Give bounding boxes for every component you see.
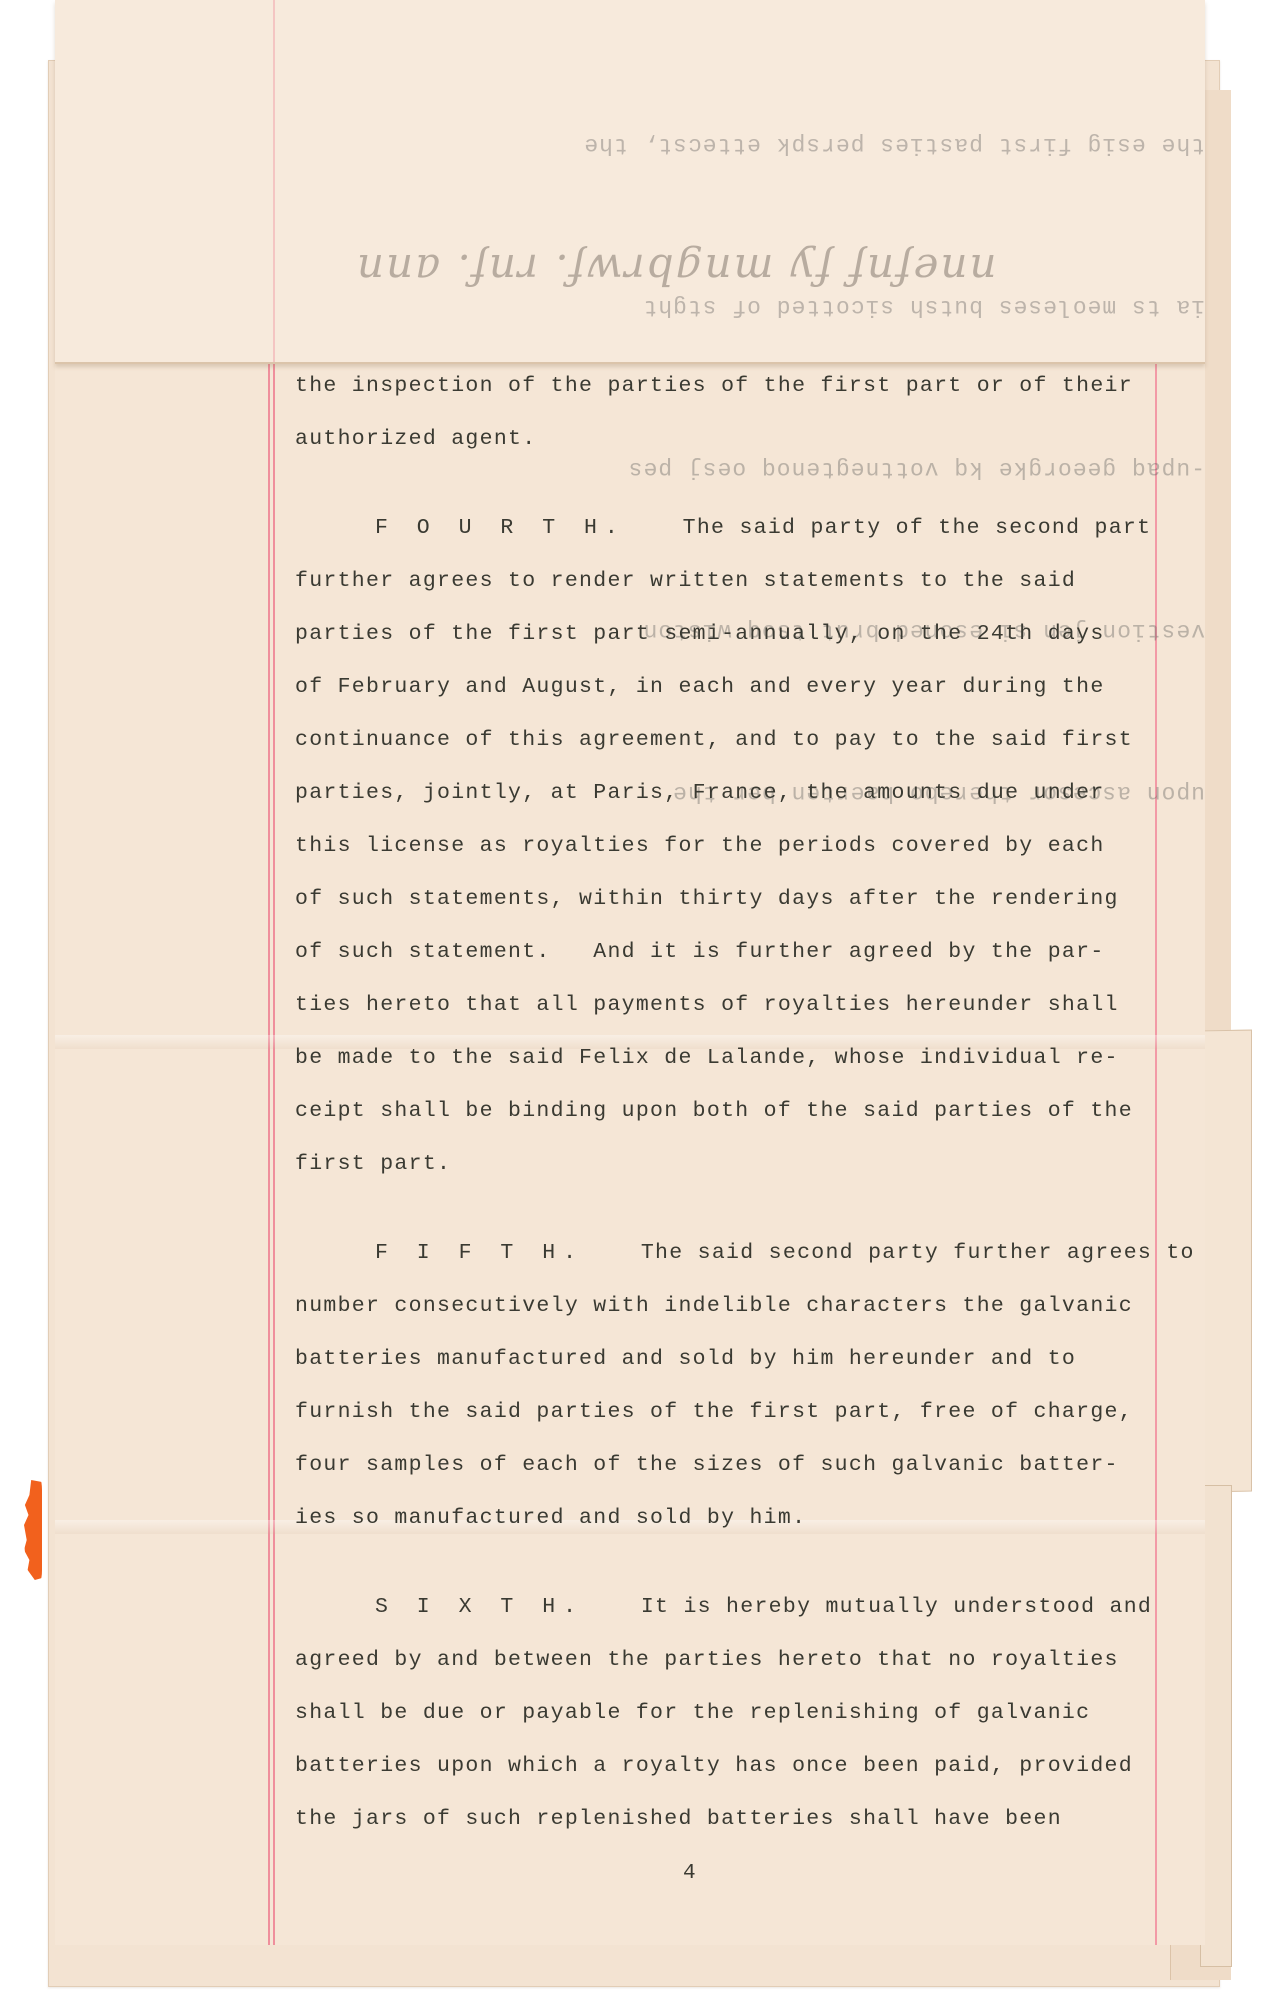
line-text: ceipt shall be binding upon both of the … <box>295 1099 1133 1123</box>
line-text: continuance of this agreement, and to pa… <box>295 728 1133 752</box>
line-text: batteries upon which a royalty has once … <box>295 1754 1133 1778</box>
section-heading: F O U R T H. <box>375 516 626 540</box>
text-line: shall be due or payable for the replenis… <box>295 1687 1155 1740</box>
text-line: the inspection of the parties of the fir… <box>295 360 1155 413</box>
text-line: first part. <box>295 1138 1155 1191</box>
line-text: first part. <box>295 1152 451 1176</box>
paragraph-gap <box>295 1191 1155 1227</box>
line-text: shall be due or payable for the replenis… <box>295 1701 1090 1725</box>
line-text: the inspection of the parties of the fir… <box>295 374 1133 398</box>
text-line: of such statement. And it is further agr… <box>295 926 1155 979</box>
line-text: The said second party further agrees to <box>584 1241 1195 1265</box>
text-line: parties, jointly, at Paris, France, the … <box>295 767 1155 820</box>
section-heading: F I F T H. <box>375 1241 584 1265</box>
text-line: batteries manufactured and sold by him h… <box>295 1333 1155 1386</box>
line-text: of such statement. And it is further agr… <box>295 940 1105 964</box>
line-text: furnish the said parties of the first pa… <box>295 1400 1133 1424</box>
section-heading: S I X T H. <box>375 1595 584 1619</box>
line-text: be made to the said Felix de Lalande, wh… <box>295 1046 1119 1070</box>
text-line: authorized agent. <box>295 413 1155 466</box>
section-heading-line: F I F T H. The said second party further… <box>295 1227 1155 1280</box>
line-text: agreed by and between the parties hereto… <box>295 1648 1119 1672</box>
red-wax-seal <box>24 1480 42 1580</box>
section-heading-line: S I X T H. It is hereby mutually underst… <box>295 1581 1155 1634</box>
line-text: authorized agent. <box>295 427 536 451</box>
text-line: furnish the said parties of the first pa… <box>295 1386 1155 1439</box>
line-text: batteries manufactured and sold by him h… <box>295 1347 1076 1371</box>
text-line: parties of the first part semi-annually,… <box>295 608 1155 661</box>
line-text: of February and August, in each and ever… <box>295 675 1105 699</box>
text-line: agreed by and between the parties hereto… <box>295 1634 1155 1687</box>
text-line: be made to the said Felix de Lalande, wh… <box>295 1032 1155 1085</box>
line-text: this license as royalties for the period… <box>295 834 1105 858</box>
paragraph-gap <box>295 466 1155 502</box>
line-text: It is hereby mutually understood and <box>584 1595 1152 1619</box>
text-line: further agrees to render written stateme… <box>295 555 1155 608</box>
mirrored-line: the esig first pasties perspk ettecst, t… <box>345 118 1205 172</box>
text-line: of such statements, within thirty days a… <box>295 873 1155 926</box>
line-text: the jars of such replenished batteries s… <box>295 1807 1062 1831</box>
page-number: 4 <box>683 1862 696 1885</box>
line-text: The said party of the second part <box>626 516 1151 540</box>
line-text: of such statements, within thirty days a… <box>295 887 1119 911</box>
line-text: further agrees to render written stateme… <box>295 569 1076 593</box>
text-line: of February and August, in each and ever… <box>295 661 1155 714</box>
line-text: ties hereto that all payments of royalti… <box>295 993 1119 1017</box>
handwritten-signature: nnefnf fy mngbrwf. rnf. ann <box>355 245 997 294</box>
text-line: batteries upon which a royalty has once … <box>295 1740 1155 1793</box>
line-text: parties of the first part semi-annually,… <box>295 622 1105 646</box>
line-text: four samples of each of the sizes of suc… <box>295 1453 1119 1477</box>
line-text: ies so manufactured and sold by him. <box>295 1506 806 1530</box>
text-line: ies so manufactured and sold by him. <box>295 1492 1155 1545</box>
folded-top-flap: upon ascesor therebo baerten ber the ves… <box>55 0 1205 364</box>
text-line: ceipt shall be binding upon both of the … <box>295 1085 1155 1138</box>
folded-page-edge-upper <box>1200 1030 1252 1493</box>
text-line: continuance of this agreement, and to pa… <box>295 714 1155 767</box>
flap-margin-rule <box>273 0 275 362</box>
typed-body-text: the inspection of the parties of the fir… <box>295 360 1155 1846</box>
text-line: four samples of each of the sizes of suc… <box>295 1439 1155 1492</box>
line-text: parties, jointly, at Paris, France, the … <box>295 781 1105 805</box>
line-text: number consecutively with indelible char… <box>295 1294 1133 1318</box>
paragraph-gap <box>295 1545 1155 1581</box>
text-line: ties hereto that all payments of royalti… <box>295 979 1155 1032</box>
section-heading-line: F O U R T H. The said party of the secon… <box>295 502 1155 555</box>
text-line: this license as royalties for the period… <box>295 820 1155 873</box>
text-line: the jars of such replenished batteries s… <box>295 1793 1155 1846</box>
text-line: number consecutively with indelible char… <box>295 1280 1155 1333</box>
